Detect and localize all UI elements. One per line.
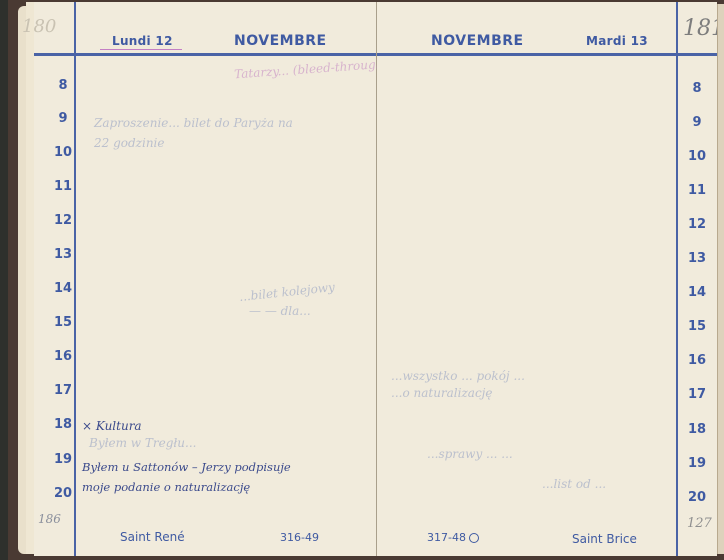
hour-label: 17: [48, 383, 78, 398]
handwritten-note: ...sprawy ... ...: [427, 447, 513, 461]
hour-label: 18: [682, 422, 712, 437]
handwritten-note: Tatarzy... (bleed-through): [234, 57, 389, 82]
hour-label: 19: [682, 456, 712, 471]
month-label: NOVEMBRE: [431, 33, 524, 49]
hour-label: 10: [682, 149, 712, 164]
hour-label: 14: [48, 281, 78, 296]
hour-label: 17: [682, 387, 712, 402]
left-page: 180 Lundi 12 NOVEMBRE 8 9 10 11 12 13 14…: [34, 2, 377, 556]
hour-label: 15: [48, 315, 78, 330]
hour-label: 12: [682, 217, 712, 232]
hour-label: 8: [682, 81, 712, 96]
hour-label: 13: [682, 251, 712, 266]
hour-label: 16: [48, 349, 78, 364]
handwritten-note: ...bilet kolejowy: [239, 280, 336, 304]
day-of-year-text: 317-48: [427, 531, 466, 544]
handwritten-note: Byłem w Tregłu...: [89, 436, 196, 450]
hour-label: 15: [682, 319, 712, 334]
handwritten-note: 22 godzinie: [94, 136, 165, 150]
day-label: Lundi 12: [112, 34, 173, 48]
pencil-underline: [100, 49, 182, 50]
hour-label: 20: [682, 490, 712, 505]
corner-page-number: 180: [22, 16, 56, 37]
bottom-page-number: 186: [38, 512, 61, 526]
handwritten-note: ...list od ...: [542, 477, 606, 491]
bottom-page-number: 127: [687, 516, 712, 531]
saint-name: Saint René: [120, 530, 185, 544]
diary-spread: 180 Lundi 12 NOVEMBRE 8 9 10 11 12 13 14…: [8, 0, 724, 560]
handwritten-entry: Byłem u Sattonów – Jerzy podpisuje: [82, 460, 291, 474]
hour-label: 11: [48, 179, 78, 194]
hour-column-rule: [676, 2, 678, 556]
handwritten-note: ...o naturalizację: [391, 386, 493, 400]
hour-label: 19: [48, 452, 78, 467]
day-label: Mardi 13: [586, 34, 648, 48]
handwritten-note: Zaproszenie... bilet do Paryża na: [94, 116, 293, 130]
hour-label: 12: [48, 213, 78, 228]
month-label: NOVEMBRE: [234, 33, 327, 49]
full-moon-icon: [469, 533, 479, 543]
page-stack-edge: [717, 4, 724, 554]
right-page: NOVEMBRE Mardi 13 181 8 9 10 11 12 13 14…: [377, 2, 717, 556]
saint-name: Saint Brice: [572, 532, 637, 546]
day-of-year: 316-49: [280, 531, 319, 544]
header-rule: [377, 53, 717, 56]
hour-label: 14: [682, 285, 712, 300]
handwritten-note: ...wszystko ... pokój ...: [391, 369, 525, 383]
hour-label: 11: [682, 183, 712, 198]
hour-label: 10: [48, 145, 78, 160]
hour-label: 9: [48, 111, 78, 126]
handwritten-note: — — dla...: [249, 304, 311, 318]
hour-label: 13: [48, 247, 78, 262]
handwritten-entry: moje podanie o naturalizację: [82, 480, 250, 494]
hour-label: 20: [48, 486, 78, 501]
header-rule: [34, 53, 376, 56]
hour-label: 8: [48, 78, 78, 93]
day-of-year: 317-48: [427, 531, 479, 544]
hour-label: 16: [682, 353, 712, 368]
hour-label: 18: [48, 417, 78, 432]
handwritten-entry: × Kultura: [82, 419, 142, 433]
hour-label: 9: [682, 115, 712, 130]
